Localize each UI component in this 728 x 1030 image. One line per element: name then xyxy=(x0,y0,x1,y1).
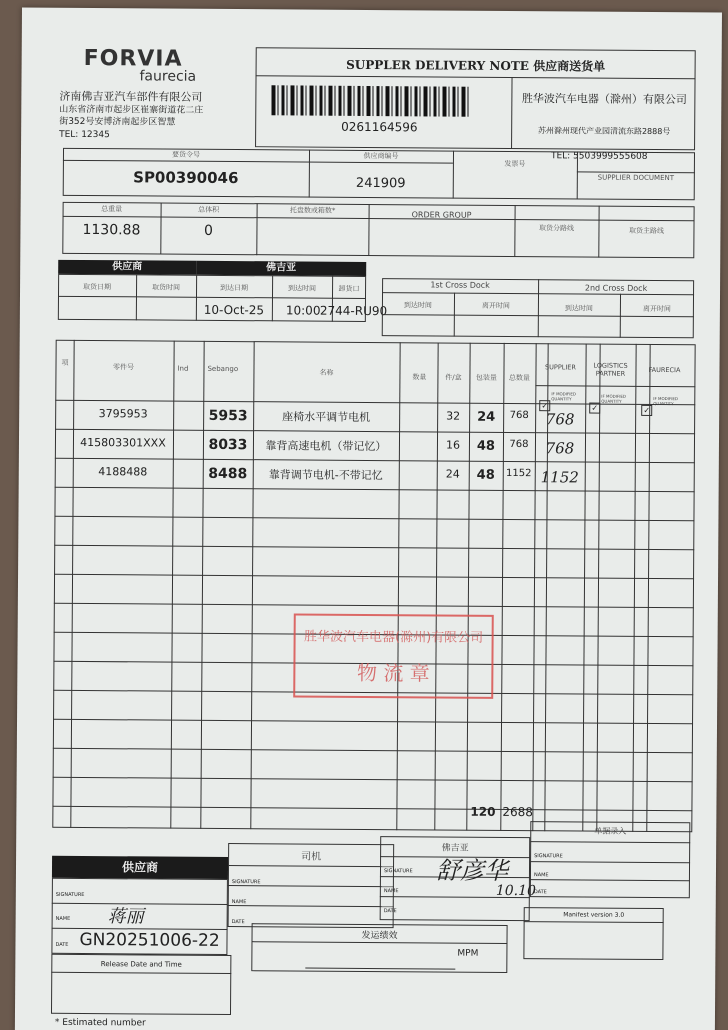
supplier-code: 241909 xyxy=(309,176,453,192)
mpm-label: MPM xyxy=(457,949,478,959)
row-part-name: 靠背调节电机-不带记忆 xyxy=(253,466,399,483)
barcode-number: 0261164596 xyxy=(341,120,417,135)
cross-dock-2: 2nd Cross Dock xyxy=(538,283,694,293)
supplier-sign-header: 供应商 xyxy=(52,856,228,879)
manifest-version: Manifest version 3.0 xyxy=(524,911,664,919)
release-label: Release Date and Time xyxy=(51,960,231,969)
order-number: SP00390046 xyxy=(63,168,309,188)
row-part-number: 3795953 xyxy=(73,407,173,421)
row-supplier-qty-handwritten: 1152 xyxy=(535,468,585,486)
faurecia-checkbox[interactable]: ✓ xyxy=(641,398,652,417)
row-sebango: 8033 xyxy=(203,437,253,453)
doc-title: SUPPLER DELIVERY NOTE 供应商送货单 xyxy=(256,55,696,75)
faurecia-shipping-header: 佛吉亚 xyxy=(196,261,366,276)
total-volume: 0 xyxy=(160,223,256,240)
footnote: * Estimated number xyxy=(55,1018,146,1029)
row-sebango: 8488 xyxy=(203,466,253,482)
row-part-name: 座椅水平调节电机 xyxy=(253,408,399,425)
logistics-stamp: 胜华波汽车电器(滁州)有限公司 物 流 章 xyxy=(293,613,494,698)
customer-tel: TEL: 12345 xyxy=(59,130,110,140)
row-total: 768 xyxy=(503,410,535,421)
supplier-shipping-header: 供应商 xyxy=(58,260,196,275)
row-total: 768 xyxy=(503,439,535,450)
row-packs: 48 xyxy=(469,439,503,454)
row-supplier-qty-handwritten: 768 xyxy=(535,410,585,428)
row-part-name: 靠背高速电机（带记忆） xyxy=(253,437,399,454)
row-sebango: 5953 xyxy=(203,408,253,424)
row-per-pack: 24 xyxy=(437,467,469,480)
supplier-name: 胜华波汽车电器（滁州）有限公司 xyxy=(515,91,693,107)
row-total: 1152 xyxy=(503,468,535,479)
total-qty: 2688 xyxy=(502,805,533,819)
supplier-signature: 蒋丽 xyxy=(108,902,144,928)
row-part-number: 4188488 xyxy=(73,465,173,479)
logistics-checkbox[interactable]: ✓ xyxy=(589,396,600,415)
supplier-date: GN20251006-22 xyxy=(79,930,219,951)
faurecia-signature: 舒彦华 xyxy=(436,850,508,886)
row-supplier-qty-handwritten: 768 xyxy=(535,439,585,457)
row-packs: 24 xyxy=(469,410,503,425)
total-packs: 120 xyxy=(470,805,495,819)
row-part-number: 415803301XXX xyxy=(73,436,173,450)
row-per-pack: 16 xyxy=(437,438,469,451)
cross-dock-1: 1st Cross Dock xyxy=(382,280,538,290)
row-packs: 48 xyxy=(469,468,503,483)
arrival-date: 10-Oct-25 xyxy=(196,303,272,318)
row-per-pack: 32 xyxy=(437,409,469,422)
faurecia-logo: faurecia xyxy=(139,68,196,84)
total-weight: 1130.88 xyxy=(62,222,160,239)
delivery-note-paper: FORVIA faurecia 济南佛吉亚汽车部件有限公司 山东省济南市起步区崔… xyxy=(15,8,722,1030)
supplier-address: 苏州滁州现代产业园清流东路2888号 xyxy=(515,125,693,137)
customer-address-2: 街352号安博济南起步区智慧 xyxy=(59,114,175,128)
dock: 2744-RU90 xyxy=(320,304,387,318)
barcode xyxy=(271,85,471,116)
arrival-time: 10:00 xyxy=(286,303,321,317)
